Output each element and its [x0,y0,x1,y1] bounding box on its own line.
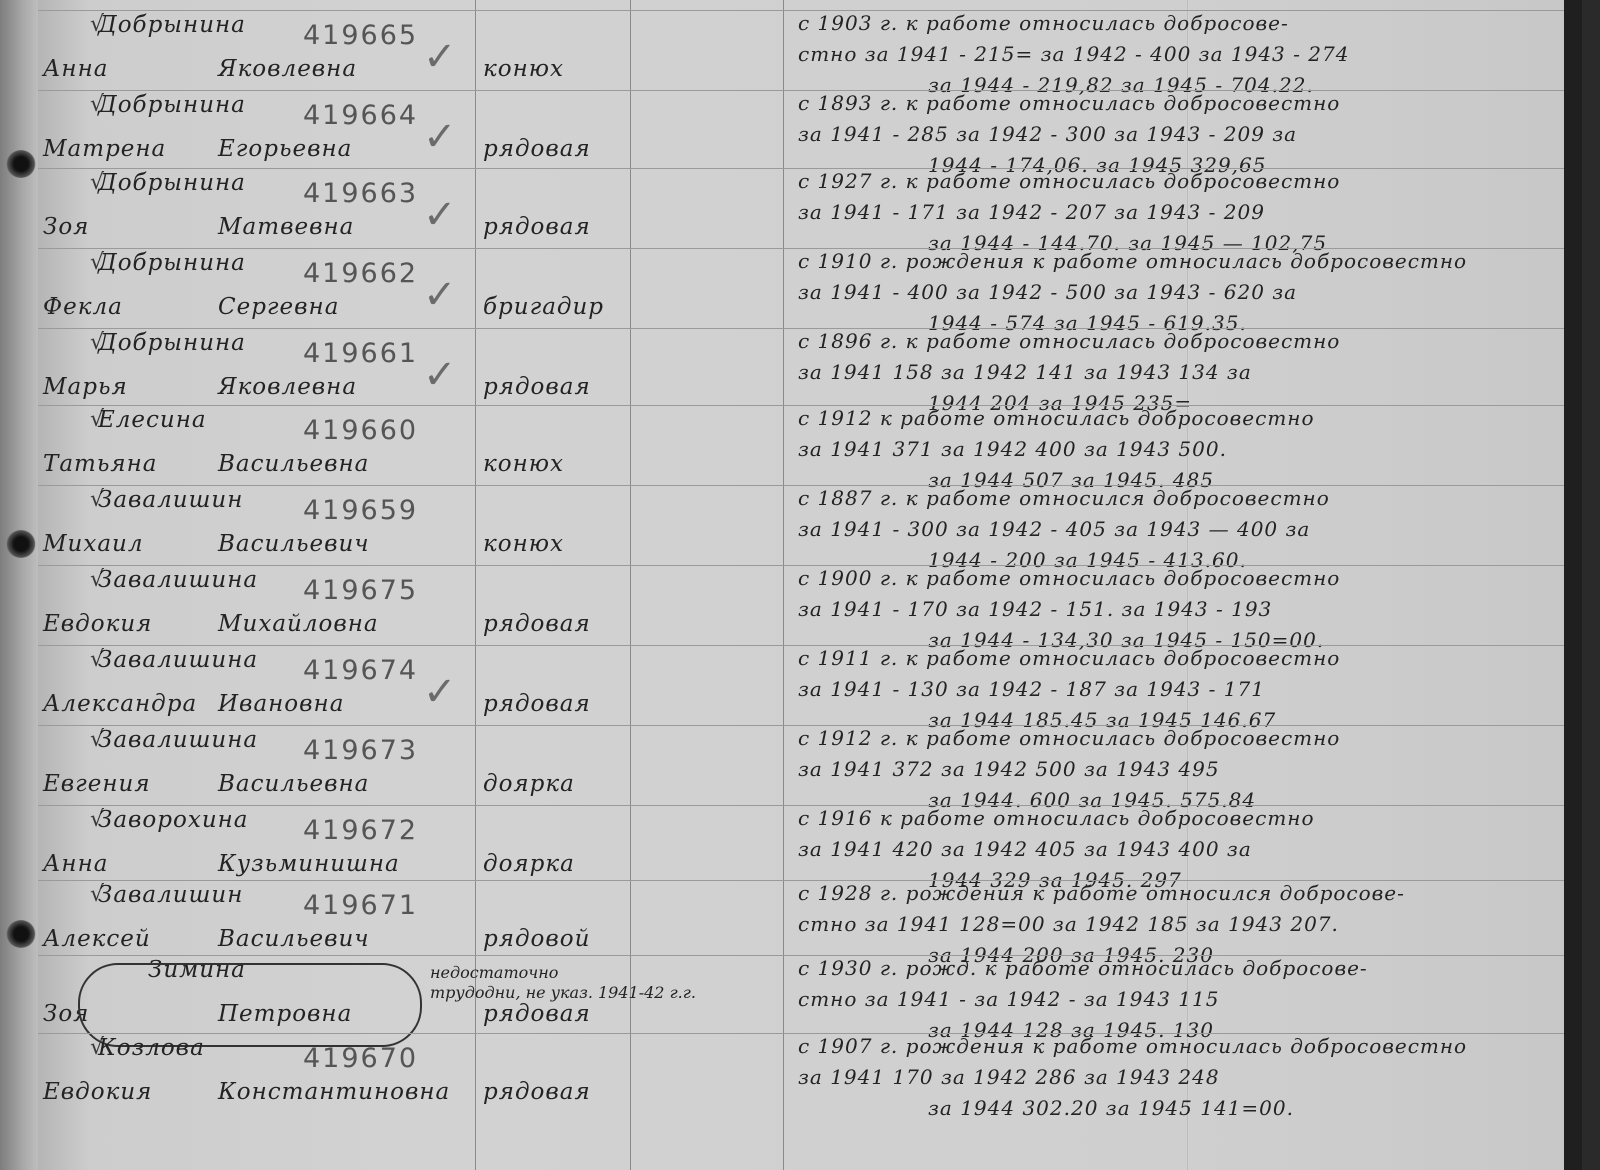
position: конюх [483,531,564,557]
ledger-record: √ Добрынина 419664 Матрена Егорьевна ✓ р… [38,90,1564,170]
row-rule [38,90,1564,91]
patronymic: Матвевна [218,214,354,240]
notes-line: с 1903 г. к работе относилась добросове- [798,8,1578,39]
first-name: Алексей [43,926,151,952]
first-name: Анна [43,56,108,82]
patronymic: Кузьминишна [218,851,400,877]
work-notes: с 1907 г. рождения к работе относилась д… [798,1031,1578,1124]
notes-line: за 1941 - 170 за 1942 - 151. за 1943 - 1… [798,594,1578,625]
surname: Добрынина [98,330,246,356]
notes-line: за 1941 158 за 1942 141 за 1943 134 за [798,357,1578,388]
notes-line: с 1927 г. к работе относилась добросовес… [798,166,1578,197]
ledger-record: √ Завалишин 419671 Алексей Васильевич ря… [38,880,1564,960]
binding-hole [6,920,36,948]
ledger-record: √ Добрынина 419663 Зоя Матвевна ✓ рядова… [38,168,1564,248]
checkmark-icon: ✓ [423,34,458,80]
notes-line: за 1941 - 171 за 1942 - 207 за 1943 - 20… [798,197,1578,228]
record-number: 419672 [303,815,418,846]
position: рядовая [483,136,591,162]
position: рядовой [483,926,590,952]
notes-line: стно за 1941 - 215= за 1942 - 400 за 194… [798,39,1578,70]
surname: Завалишин [98,487,243,513]
notes-line: с 1893 г. к работе относилась добросовес… [798,88,1578,119]
patronymic: Михайловна [218,611,379,637]
record-number: 419662 [303,258,418,289]
position: рядовая [483,691,591,717]
surname: Елесина [98,407,207,433]
row-rule [38,168,1564,169]
notes-line: стно за 1941 128=00 за 1942 185 за 1943 … [798,909,1578,940]
first-name: Фекла [43,294,123,320]
notes-line: с 1916 к работе относилась добросовестно [798,803,1578,834]
record-number: 419671 [303,890,418,921]
ledger-record: √ Завалишин 419659 Михаил Васильевич кон… [38,485,1564,565]
first-name: Зоя [43,214,89,240]
notes-line: за 1941 - 130 за 1942 - 187 за 1943 - 17… [798,674,1578,705]
position: доярка [483,851,575,877]
notes-line: за 1944 302.20 за 1945 141=00. [798,1093,1578,1124]
patronymic: Васильевич [218,531,370,557]
surname: Заворохина [98,807,249,833]
first-name: Марья [43,374,128,400]
remark-note: недостаточнотрудодни, не указ. 1941-42 г… [430,963,696,1003]
ledger-record: √ Елесина 419660 Татьяна Васильевна коню… [38,405,1564,485]
checkmark-icon: ✓ [423,669,458,715]
record-number: 419665 [303,20,418,51]
surname: Добрынина [98,250,246,276]
row-rule [38,805,1564,806]
patronymic: Сергевна [218,294,339,320]
position: рядовая [483,214,591,240]
row-rule [38,485,1564,486]
first-name: Татьяна [43,451,157,477]
row-rule [38,1033,1564,1034]
row-rule [38,405,1564,406]
record-number: 419674 [303,655,418,686]
patronymic: Васильевич [218,926,370,952]
notes-line: с 1900 г. к работе относилась добросовес… [798,563,1578,594]
position: конюх [483,56,564,82]
notes-line: за 1941 372 за 1942 500 за 1943 495 [798,754,1578,785]
notes-line: с 1896 г. к работе относилась добросовес… [798,326,1578,357]
record-number: 419660 [303,415,418,446]
first-name: Матрена [43,136,166,162]
surname: Козлова [98,1035,205,1061]
position: рядовая [483,611,591,637]
position: доярка [483,771,575,797]
row-rule [38,880,1564,881]
position: рядовая [483,1079,591,1105]
ledger-record: √ Добрынина 419665 Анна Яковлевна ✓ коню… [38,10,1564,90]
surname: Завалишина [98,727,258,753]
row-rule [38,725,1564,726]
ledger-record: √ Завалишина 419675 Евдокия Михайловна р… [38,565,1564,645]
notes-line: за 1941 170 за 1942 286 за 1943 248 [798,1062,1578,1093]
surname: Добрынина [98,12,246,38]
record-number: 419664 [303,100,418,131]
record-number: 419659 [303,495,418,526]
record-number: 419661 [303,338,418,369]
ledger-record: √ Добрынина 419662 Фекла Сергевна ✓ бриг… [38,248,1564,328]
ledger-record: √ Завалишина 419673 Евгения Васильевна д… [38,725,1564,805]
row-rule [38,955,1564,956]
ledger-record: √ Козлова 419670 Евдокия Константиновна … [38,1033,1564,1113]
patronymic: Васильевна [218,451,369,477]
record-number: 419663 [303,178,418,209]
patronymic: Егорьевна [218,136,352,162]
checkmark-icon: ✓ [423,114,458,160]
surname: Кокин [138,0,202,1]
ledger-record: √ Заворохина 419672 Анна Кузьминишна доя… [38,805,1564,885]
first-name: Михаил [43,531,144,557]
notes-line: за 1941 - 300 за 1942 - 405 за 1943 — 40… [798,514,1578,545]
surname: Добрынина [98,92,246,118]
surname: Завалишина [98,567,258,593]
notes-line: стно за 1941 - за 1942 - за 1943 115 [798,984,1578,1015]
notes-line: с 1928 г. рождения к работе относился до… [798,878,1578,909]
ledger-record: Зимина Зоя Петровна рядовая с 1930 г. ро… [38,955,1564,1035]
patronymic: Константиновна [218,1079,450,1105]
binding-hole [6,530,36,558]
record-number: 419670 [303,1043,418,1074]
patronymic: Яковлевна [218,374,357,400]
ledger-record: √ Завалишина 419674 Александра Ивановна … [38,645,1564,725]
notes-line: с 1907 г. рождения к работе относилась д… [798,1031,1578,1062]
row-rule [38,10,1564,11]
row-rule [38,565,1564,566]
notes-line: с 1910 г. рождения к работе относилась д… [798,246,1578,277]
checkmark-icon: ✓ [423,192,458,238]
surname: Добрынина [98,170,246,196]
position: бригадир [483,294,604,320]
record-number: 419675 [303,575,418,606]
partial-row: Кокин [38,0,1564,4]
first-name: Евдокия [43,1079,152,1105]
notes-line: с 1930 г. рожд. к работе относилась добр… [798,953,1578,984]
notes-line: за 1941 - 400 за 1942 - 500 за 1943 - 62… [798,277,1578,308]
notes-line: с 1911 г. к работе относилась добросовес… [798,643,1578,674]
patronymic: Васильевна [218,771,369,797]
ledger-record: √ Добрынина 419661 Марья Яковлевна ✓ ряд… [38,328,1564,408]
first-name: Евдокия [43,611,152,637]
patronymic: Ивановна [218,691,344,717]
position: рядовая [483,1001,591,1027]
first-name: Анна [43,851,108,877]
row-rule [38,248,1564,249]
row-rule [38,645,1564,646]
checkmark-icon: ✓ [423,352,458,398]
notes-line: за 1941 - 285 за 1942 - 300 за 1943 - 20… [798,119,1578,150]
checkmark-icon: ✓ [423,272,458,318]
surname: Завалишин [98,882,243,908]
position: конюх [483,451,564,477]
notes-line: за 1941 371 за 1942 400 за 1943 500. [798,434,1578,465]
patronymic: Яковлевна [218,56,357,82]
record-number: 419673 [303,735,418,766]
notes-line: с 1912 г. к работе относилась добросовес… [798,723,1578,754]
notes-line: с 1912 к работе относилась добросовестно [798,403,1578,434]
row-rule [38,328,1564,329]
surname: Завалишина [98,647,258,673]
ledger-page: Кокин √ Добрынина 419665 Анна Яковлевна … [0,0,1582,1170]
binding-hole [6,150,36,178]
notes-line: с 1887 г. к работе относился добросовест… [798,483,1578,514]
notes-line: за 1941 420 за 1942 405 за 1943 400 за [798,834,1578,865]
position: рядовая [483,374,591,400]
first-name: Евгения [43,771,151,797]
first-name: Александра [43,691,197,717]
